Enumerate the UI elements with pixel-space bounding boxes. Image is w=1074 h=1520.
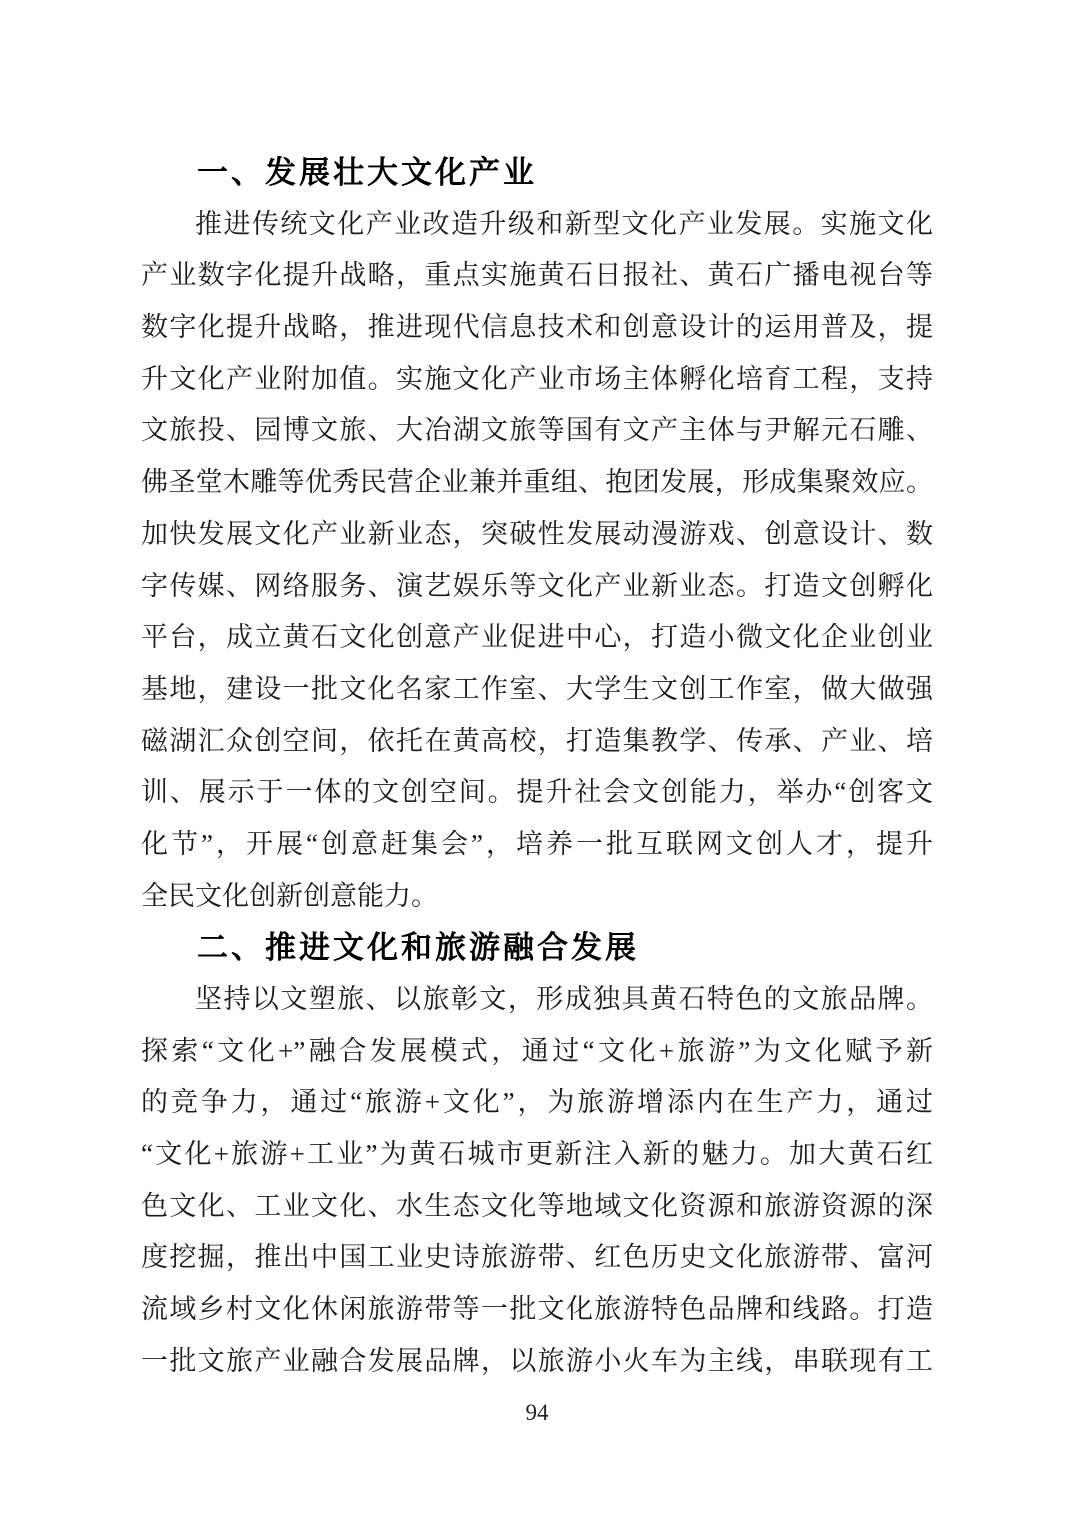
text-line: 加快发展文化产业新业态，突破性发展动漫游戏、创意设计、数 <box>141 509 933 561</box>
text-line: 化节”，开展“创意赶集会”，培养一批互联网文创人才，提升 <box>141 819 933 871</box>
text-line: 磁湖汇众创空间，依托在黄高校，打造集教学、传承、产业、培 <box>141 716 933 768</box>
text-line: 训、展示于一体的文创空间。提升社会文创能力，举办“创客文 <box>141 767 933 819</box>
text-line: 探索“文化+”融合发展模式，通过“文化+旅游”为文化赋予新 <box>141 1026 933 1078</box>
text-line: 色文化、工业文化、水生态文化等地域文化资源和旅游资源的深 <box>141 1181 933 1233</box>
document-section: 二、推进文化和旅游融合发展 坚持以文塑旅、以旅彰文，形成独具黄石特色的文旅品牌。… <box>141 922 933 1387</box>
text-line: 推进传统文化产业改造升级和新型文化产业发展。实施文化 <box>141 199 933 251</box>
document-section: 一、发展壮大文化产业 推进传统文化产业改造升级和新型文化产业发展。实施文化 产业… <box>141 147 933 922</box>
text-line: 文旅投、园博文旅、大冶湖文旅等国有文产主体与尹解元石雕、 <box>141 405 933 457</box>
document-body: 一、发展壮大文化产业 推进传统文化产业改造升级和新型文化产业发展。实施文化 产业… <box>141 147 933 1388</box>
text-line: 升文化产业附加值。实施文化产业市场主体孵化培育工程，支持 <box>141 354 933 406</box>
document-page: 一、发展壮大文化产业 推进传统文化产业改造升级和新型文化产业发展。实施文化 产业… <box>0 0 1074 1520</box>
section-heading: 二、推进文化和旅游融合发展 <box>141 922 933 974</box>
text-line: 一批文旅产业融合发展品牌，以旅游小火车为主线，串联现有工 <box>141 1336 933 1388</box>
text-line: 度挖掘，推出中国工业史诗旅游带、红色历史文化旅游带、富河 <box>141 1232 933 1284</box>
text-line: “文化+旅游+工业”为黄石城市更新注入新的魅力。加大黄石红 <box>141 1129 933 1181</box>
text-line: 全民文化创新创意能力。 <box>141 871 933 923</box>
text-line: 产业数字化提升战略，重点实施黄石日报社、黄石广播电视台等 <box>141 250 933 302</box>
page-number: 94 <box>0 1399 1074 1427</box>
text-line: 佛圣堂木雕等优秀民营企业兼并重组、抱团发展，形成集聚效应。 <box>141 457 933 509</box>
text-line: 平台，成立黄石文化创意产业促进中心，打造小微文化企业创业 <box>141 612 933 664</box>
text-line: 数字化提升战略，推进现代信息技术和创意设计的运用普及，提 <box>141 302 933 354</box>
text-line: 字传媒、网络服务、演艺娱乐等文化产业新业态。打造文创孵化 <box>141 561 933 613</box>
text-line: 的竞争力，通过“旅游+文化”，为旅游增添内在生产力，通过 <box>141 1077 933 1129</box>
section-heading: 一、发展壮大文化产业 <box>141 147 933 199</box>
text-line: 坚持以文塑旅、以旅彰文，形成独具黄石特色的文旅品牌。 <box>141 974 933 1026</box>
text-line: 流域乡村文化休闲旅游带等一批文化旅游特色品牌和线路。打造 <box>141 1284 933 1336</box>
text-line: 基地，建设一批文化名家工作室、大学生文创工作室，做大做强 <box>141 664 933 716</box>
